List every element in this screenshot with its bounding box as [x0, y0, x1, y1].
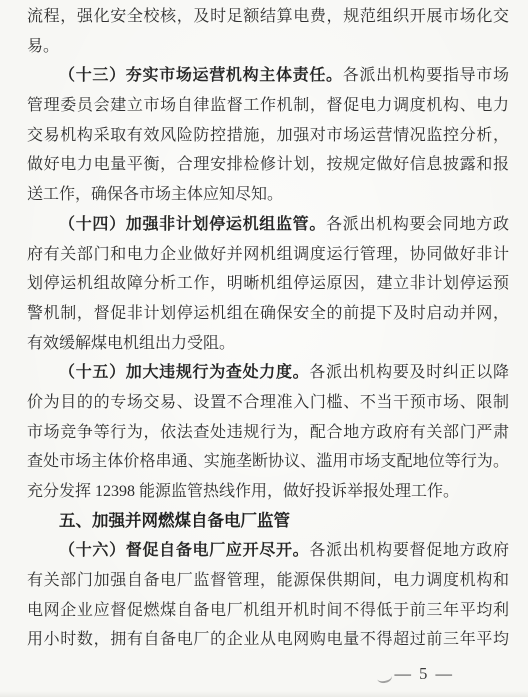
text-line: 市场竞争等行为，依法查处违规行为，配合地方政府有关部门严肃 [27, 418, 509, 448]
line-text: 各派出机构要及时纠正以降 [309, 364, 509, 381]
line-text: 流程，强化安全校核，及时足额结算电费，规范组织开展市场化交 [27, 8, 509, 25]
paragraph-lead: （十五）加大违规行为查处力度。 [59, 364, 309, 381]
text-line: 充分发挥 12398 能源监管热线作用，做好投诉举报处理工作。 [27, 477, 509, 507]
line-text: 各派出机构要督促地方政府 [309, 542, 509, 559]
line-text: 各派出机构要指导市场 [343, 67, 509, 84]
line-text: 划停运机组故障分析工作，明晰机组停运原因，建立非计划停运预 [27, 275, 509, 292]
line-text: 电网企业应督促燃煤自备电厂机组开机时间不得低于前三年平均利 [27, 602, 509, 619]
text-line: 查处市场主体价格串通、实施垄断协议、滥用市场支配地位等行为。 [27, 447, 509, 477]
line-text: 查处市场主体价格串通、实施垄断协议、滥用市场支配地位等行为。 [27, 453, 509, 470]
line-text: 做好电力电量平衡，合理安排检修计划，按规定做好信息披露和报 [27, 156, 509, 173]
section-heading: 五、加强并网燃煤自备电厂监管 [27, 507, 509, 537]
text-line: 流程，强化安全校核，及时足额结算电费，规范组织开展市场化交 [27, 2, 509, 32]
text-line: （十四）加强非计划停运机组监管。各派出机构要会同地方政 [27, 210, 509, 240]
text-line: 做好电力电量平衡，合理安排检修计划，按规定做好信息披露和报 [27, 150, 509, 180]
text-line: （十六）督促自备电厂应开尽开。各派出机构要督促地方政府 [27, 536, 509, 566]
text-line: （十五）加大违规行为查处力度。各派出机构要及时纠正以降 [27, 358, 509, 388]
line-text: 价为目的的专场交易、设置不合理准入门槛、不当干预市场、限制 [27, 394, 509, 411]
line-text: 送工作，确保各市场主体应知尽知。 [27, 186, 283, 203]
page-number: — 5 — [395, 663, 455, 685]
text-line: 电网企业应督促燃煤自备电厂机组开机时间不得低于前三年平均利 [27, 596, 509, 626]
line-text: 市场竞争等行为，依法查处违规行为，配合地方政府有关部门严肃 [27, 424, 509, 441]
text-line: 价为目的的专场交易、设置不合理准入门槛、不当干预市场、限制 [27, 388, 509, 418]
line-text: 易。 [27, 38, 59, 55]
line-text: 用小时数，拥有自备电厂的企业从电网购电量不得超过前三年平均 [27, 631, 509, 648]
text-line: 送工作，确保各市场主体应知尽知。 [27, 180, 509, 210]
line-text: 五、加强并网燃煤自备电厂监管 [59, 512, 290, 530]
text-line: 府有关部门和电力企业做好并网机组调度运行管理，协同做好非计 [27, 240, 509, 270]
paragraph-lead: （十四）加强非计划停运机组监管。 [59, 216, 326, 233]
paragraph-lead: （十六）督促自备电厂应开尽开。 [59, 542, 309, 559]
text-line: 警机制，督促非计划停运机组在确保安全的前提下及时启动并网， [27, 299, 509, 329]
text-line: （十三）夯实市场运营机构主体责任。各派出机构要指导市场 [27, 61, 509, 91]
line-text: 充分发挥 12398 能源监管热线作用，做好投诉举报处理工作。 [27, 483, 459, 500]
text-line: 有效缓解煤电机组出力受阻。 [27, 329, 509, 359]
text-line: 交易机构采取有效风险防控措施，加强对市场运营情况监控分析， [27, 121, 509, 151]
document-page: 流程，强化安全校核，及时足额结算电费，规范组织开展市场化交易。（十三）夯实市场运… [0, 0, 528, 697]
line-text: 警机制，督促非计划停运机组在确保安全的前提下及时启动并网， [27, 305, 509, 322]
line-text: 有效缓解煤电机组出力受阻。 [27, 335, 235, 352]
document-body: 流程，强化安全校核，及时足额结算电费，规范组织开展市场化交易。（十三）夯实市场运… [27, 2, 509, 655]
text-line: 有关部门加强自备电厂监督管理，能源保供期间，电力调度机构和 [27, 566, 509, 596]
line-text: 府有关部门和电力企业做好并网机组调度运行管理，协同做好非计 [27, 246, 509, 263]
scan-smudge-artifact [376, 671, 393, 685]
line-text: 管理委员会建立市场自律监督工作机制，督促电力调度机构、电力 [27, 97, 509, 114]
line-text: 交易机构采取有效风险防控措施，加强对市场运营情况监控分析， [27, 127, 509, 144]
text-line: 用小时数，拥有自备电厂的企业从电网购电量不得超过前三年平均 [27, 625, 509, 655]
text-line: 划停运机组故障分析工作，明晰机组停运原因，建立非计划停运预 [27, 269, 509, 299]
paragraph-lead: （十三）夯实市场运营机构主体责任。 [59, 67, 343, 84]
text-line: 管理委员会建立市场自律监督工作机制，督促电力调度机构、电力 [27, 91, 509, 121]
line-text: 有关部门加强自备电厂监督管理，能源保供期间，电力调度机构和 [27, 572, 509, 589]
text-line: 易。 [27, 32, 509, 62]
line-text: 各派出机构要会同地方政 [326, 216, 509, 233]
